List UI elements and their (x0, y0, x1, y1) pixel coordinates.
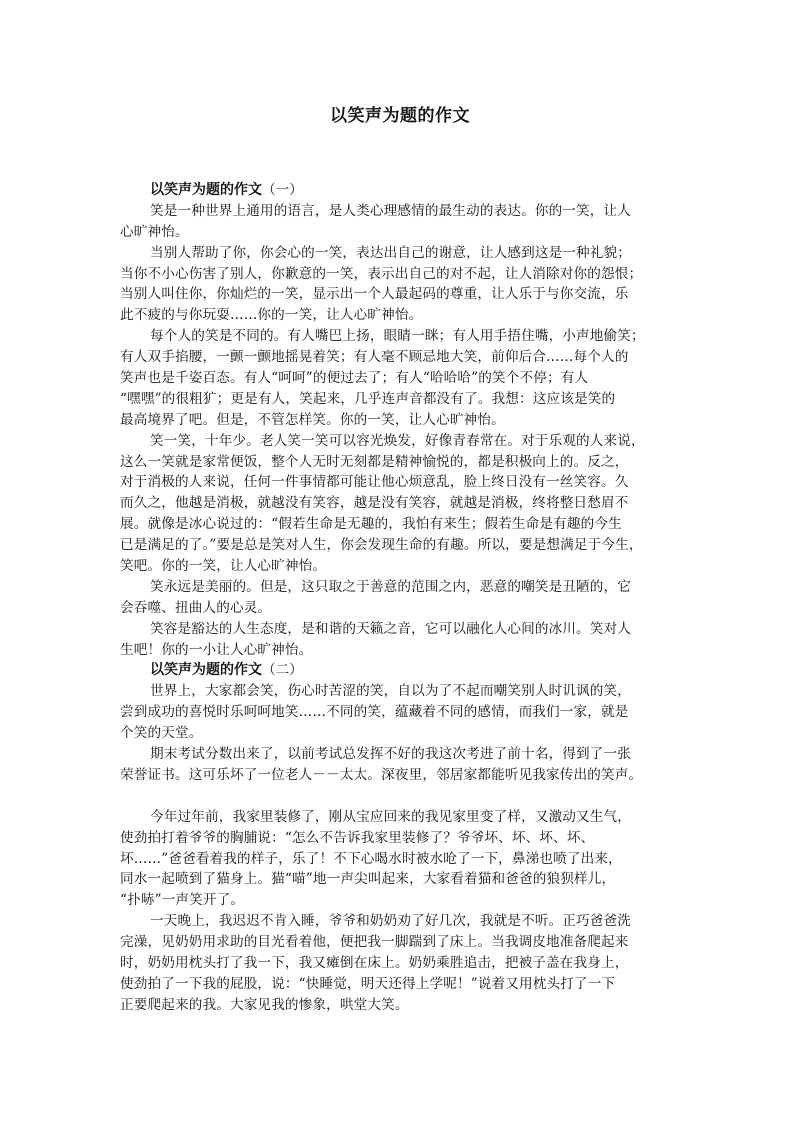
paragraph-line: 同水一起喷到了猫身上。猫“喵”地一声尖叫起来，大家看着猫和爸爸的狼狈样儿， (120, 869, 690, 890)
paragraph-line: 生吧！你的一小让人心旷神怡。 (120, 640, 690, 661)
document-title: 以笑声为题的作文 (0, 104, 800, 128)
paragraph-line: 今年过年前，我家里装修了，刚从宝应回来的我见家里变了样，又激动又生气， (120, 807, 690, 828)
paragraph-line: 当别人帮助了你，你会心的一笑，表达出自己的谢意，让人感到这是一种礼貌； (120, 243, 690, 264)
paragraph-line: 当别人叫住你，你灿烂的一笑，显示出一个人最起码的尊重，让人乐于与你交流，乐 (120, 284, 690, 305)
paragraph-line: 最高境界了吧。但是，不管怎样笑。你的一笑，让人心旷神怡。 (120, 410, 690, 431)
section-heading-text: 以笑声为题的作文 (150, 182, 262, 198)
paragraph-line: 期末考试分数出来了，以前考试总发挥不好的我这次考进了前十名，得到了一张 (120, 744, 690, 765)
paragraph-line: 使劲拍打着爷爷的胸脯说：“怎么不告诉我家里装修了？爷爷坏、坏、坏、坏、 (120, 828, 690, 849)
paragraph-line: 个笑的天堂。 (120, 723, 690, 744)
paragraph-line: 一天晚上，我迟迟不肯入睡，爷爷和奶奶劝了好几次，我就是不听。正巧爸爸洗 (120, 911, 690, 932)
paragraph-line: 时，奶奶用枕头打了我一下，我又瘫倒在床上。奶奶乘胜追击，把被子盖在我身上， (120, 953, 690, 974)
paragraph-line: 世界上，大家都会笑，伤心时苦涩的笑，自以为了不起而嘲笑别人时讥讽的笑， (120, 681, 690, 702)
paragraph-line: “嘿嘿”的很粗犷；更是有人，笑起来，几乎连声音都没有了。我想：这应该是笑的 (120, 389, 690, 410)
paragraph-line: 此不疲的与你玩耍……你的一笑，让人心旷神怡。 (120, 305, 690, 326)
paragraph-line: 每个人的笑是不同的。有人嘴巴上扬，眼睛一眯；有人用手捂住嘴，小声地偷笑； (120, 326, 690, 347)
paragraph-line: 对于消极的人来说，任何一件事情都可能让他心烦意乱，脸上终日没有一丝笑容。久 (120, 472, 690, 493)
section-heading-text: 以笑声为题的作文 (150, 662, 262, 678)
paragraph-line: 这么一笑就是家常便饭，整个人无时无刻都是精神愉悦的，都是积极向上的。反之， (120, 452, 690, 473)
paragraph-line: 笑永远是美丽的。但是，这只取之于善意的范围之内，恶意的嘲笑是丑陋的，它 (120, 577, 690, 598)
paragraph-line: 而久之，他越是消极，就越没有笑容，越是没有笑容，就越是消极，终将整日愁眉不 (120, 493, 690, 514)
paragraph-line: 尝到成功的喜悦时乐呵呵地笑……不同的笑，蕴藏着不同的感情，而我们一家，就是 (120, 702, 690, 723)
section-heading-1: 以笑声为题的作文（一） (120, 180, 690, 201)
paragraph-line: 坏……”爸爸看着我的样子，乐了！不下心喝水时被水呛了一下，鼻涕也喷了出来， (120, 849, 690, 870)
paragraph-line: 笑一笑，十年少。老人笑一笑可以容光焕发，好像青春常在。对于乐观的人来说， (120, 431, 690, 452)
section-heading-number: （二） (262, 662, 303, 678)
document-body: 以笑声为题的作文（一） 笑是一种世界上通用的语言，是人类心理感情的最生动的表达。… (120, 180, 690, 1016)
paragraph-line: “扑哧”一声笑开了。 (120, 890, 690, 911)
paragraph-line: 笑容是豁达的人生态度，是和谐的天籁之音，它可以融化人心间的冰川。笑对人 (120, 619, 690, 640)
section-heading-2: 以笑声为题的作文（二） (120, 660, 690, 681)
paragraph-line: 当你不小心伤害了别人，你歉意的一笑，表示出自己的对不起，让人消除对你的怨恨； (120, 264, 690, 285)
paragraph-line: 心旷神怡。 (120, 222, 690, 243)
paragraph-line: 笑吧。你的一笑，让人心旷神怡。 (120, 556, 690, 577)
paragraph-line: 有人双手掐腰，一颤一颤地摇晃着笑；有人毫不顾忌地大笑，前仰后合……每个人的 (120, 347, 690, 368)
paragraph-line: 完澡，见奶奶用求助的目光看着他，便把我一脚踹到了床上。当我调皮地准备爬起来 (120, 932, 690, 953)
blank-line (120, 786, 690, 807)
paragraph-line: 会吞噬、扭曲人的心灵。 (120, 598, 690, 619)
paragraph-line: 笑声也是千姿百态。有人“呵呵”的便过去了；有人“哈哈哈”的笑个不停；有人 (120, 368, 690, 389)
paragraph-line: 正要爬起来的我。大家见我的惨象，哄堂大笑。 (120, 995, 690, 1016)
paragraph-line: 展。就像是冰心说过的：“假若生命是无趣的，我怕有来生；假若生命是有趣的今生 (120, 514, 690, 535)
document-page: 以笑声为题的作文 以笑声为题的作文（一） 笑是一种世界上通用的语言，是人类心理感… (0, 0, 800, 1132)
paragraph-line: 荣誉证书。这可乐坏了一位老人－－太太。深夜里，邻居家都能听见我家传出的笑声。 (120, 765, 690, 786)
paragraph-line: 笑是一种世界上通用的语言，是人类心理感情的最生动的表达。你的一笑，让人 (120, 201, 690, 222)
section-heading-number: （一） (262, 182, 303, 198)
paragraph-line: 使劲拍了一下我的屁股，说：“快睡觉，明天还得上学呢！”说着又用枕头打了一下 (120, 974, 690, 995)
paragraph-line: 已是满足的了。”要是总是笑对人生，你会发现生命的有趣。所以，要是想满足于今生， (120, 535, 690, 556)
